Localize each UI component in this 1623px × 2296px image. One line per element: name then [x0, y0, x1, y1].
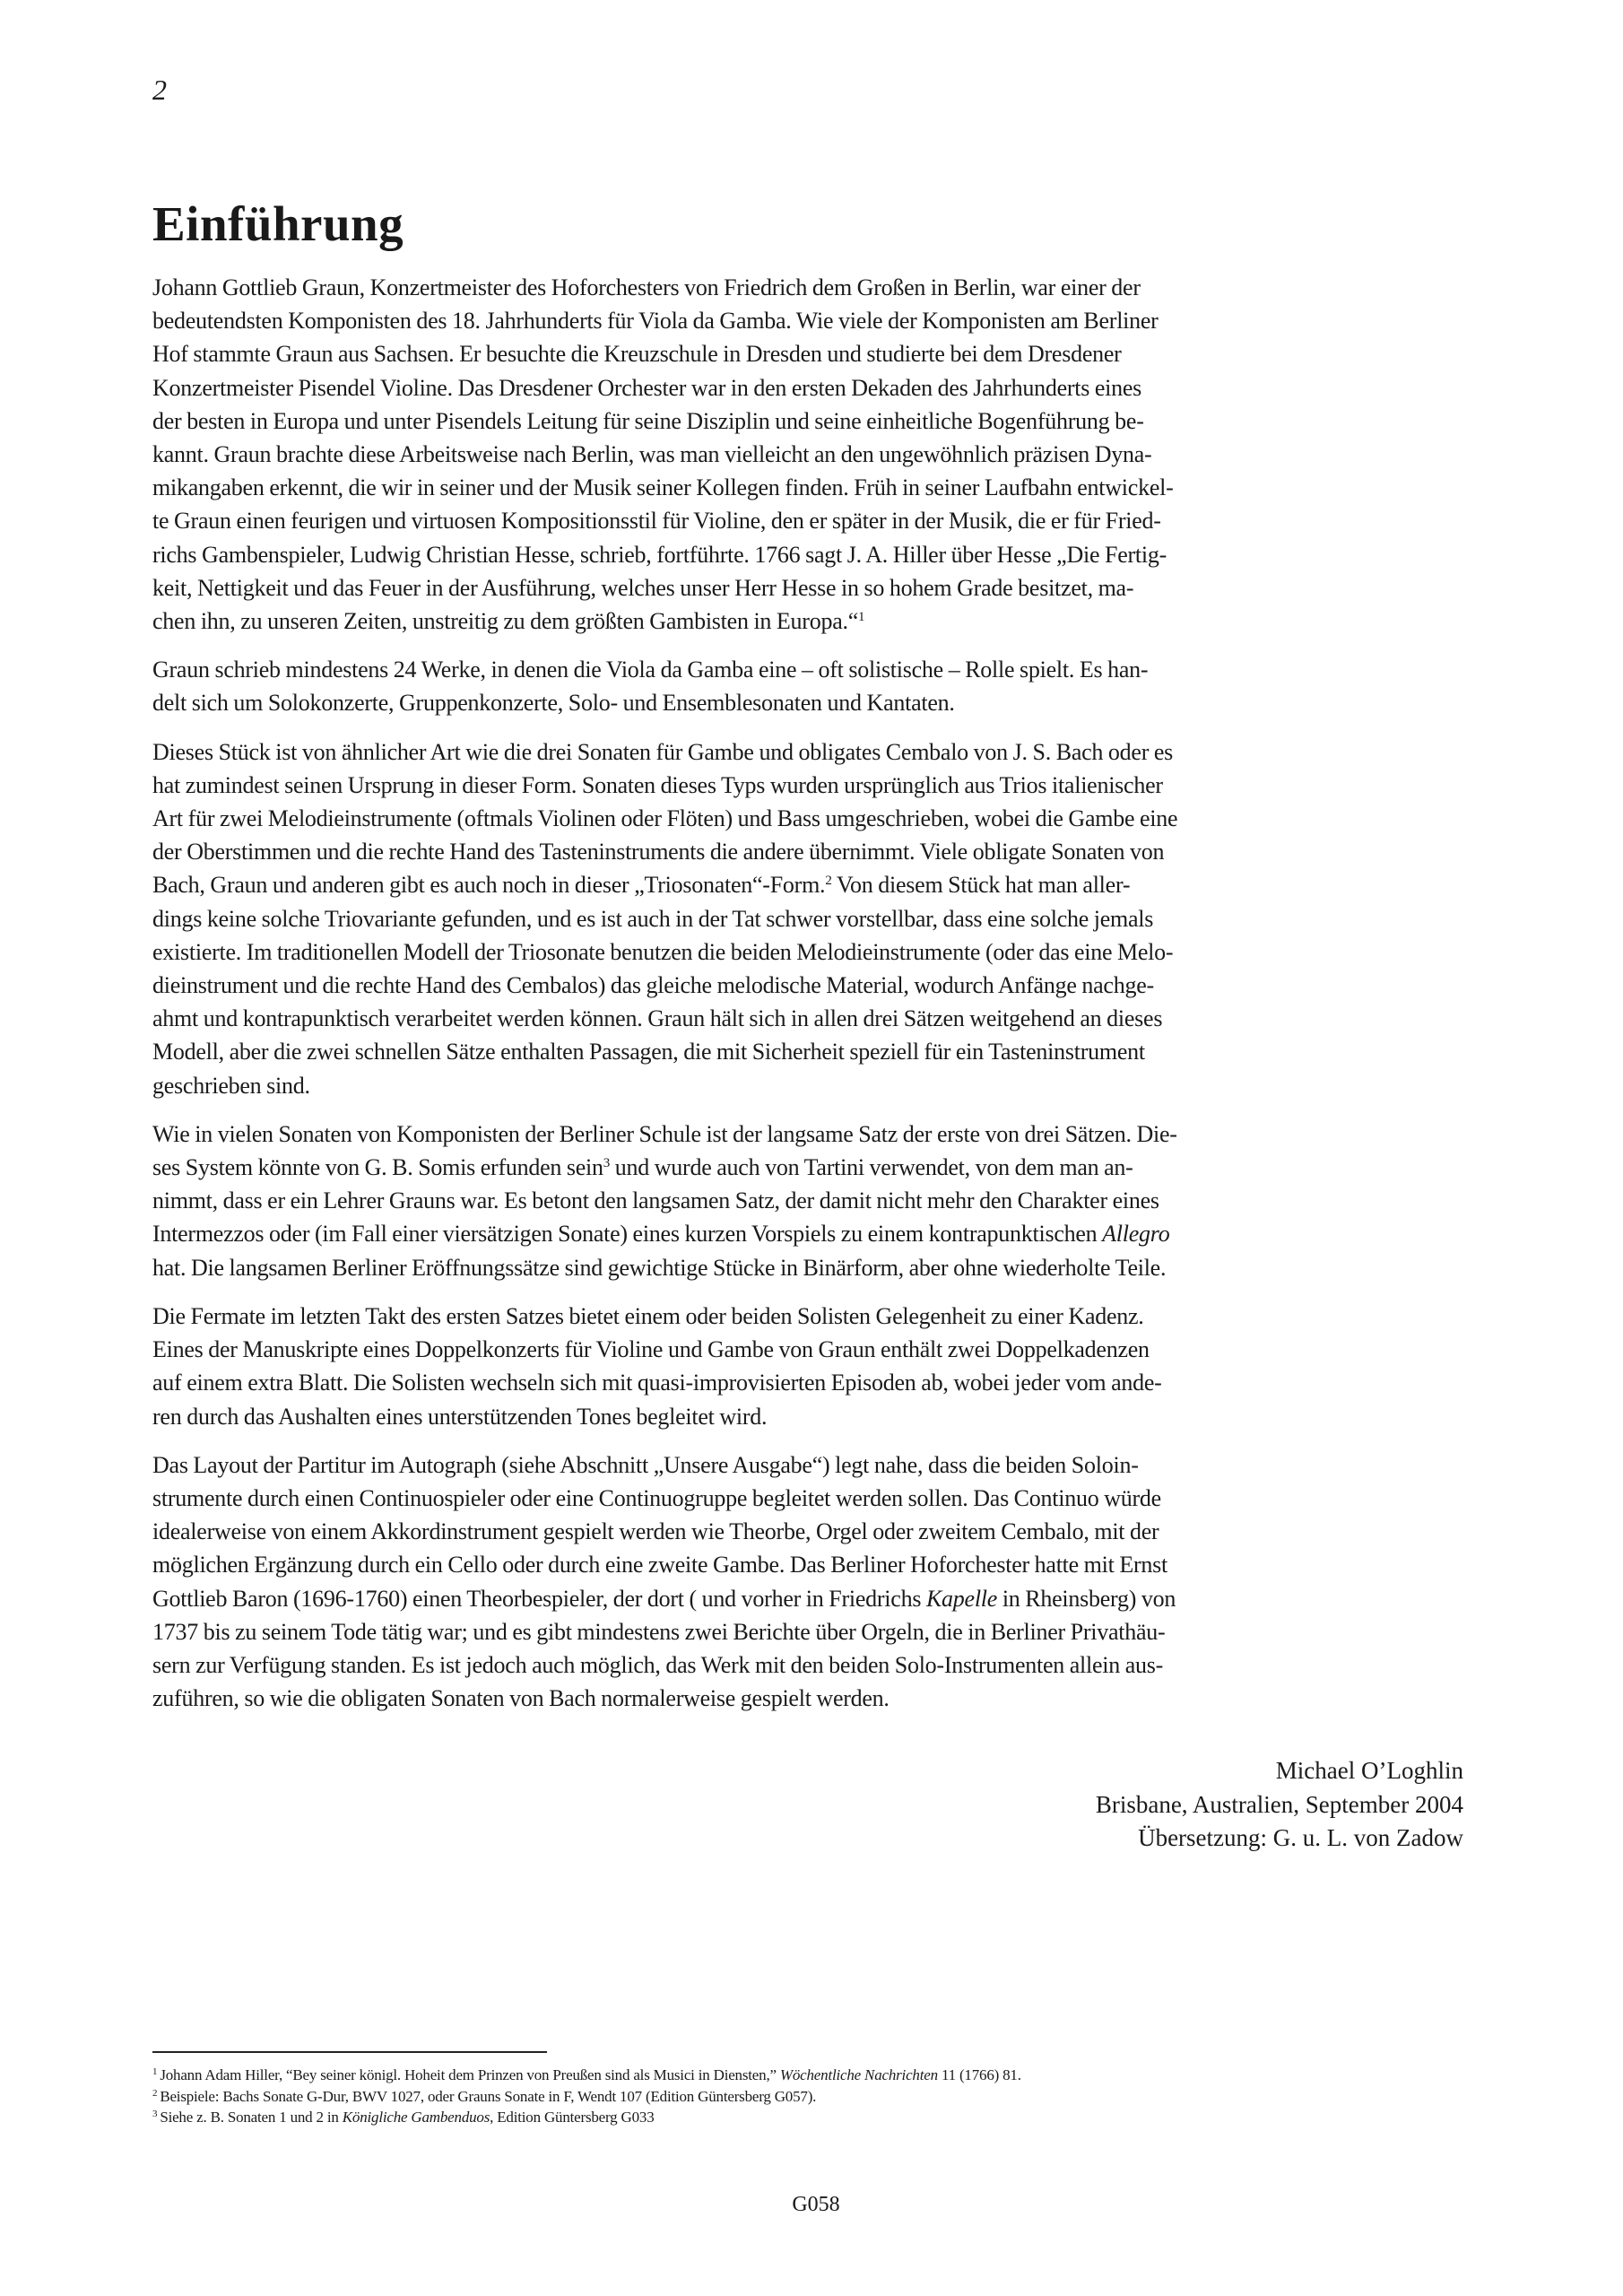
text-line: Hof stammte Graun aus Sachsen. Er besuch… [152, 337, 1497, 370]
footnote-text: , Edition Güntersberg G033 [490, 2109, 654, 2126]
text-line: Wie in vielen Sonaten von Komponisten de… [152, 1118, 1497, 1151]
translation-credit: Übersetzung: G. u. L. von Zadow [1096, 1822, 1463, 1856]
paragraph-4: Wie in vielen Sonaten von Komponisten de… [152, 1118, 1497, 1284]
text-line: Intermezzos oder (im Fall einer viersätz… [152, 1217, 1497, 1250]
text-line: ahmt und kontrapunktisch verarbeitet wer… [152, 1002, 1497, 1035]
text-line: dieinstrument und die rechte Hand des Ce… [152, 969, 1497, 1002]
text-line: Gottlieb Baron (1696-1760) einen Theorbe… [152, 1582, 1497, 1615]
text-line: dings keine solche Triovariante gefunden… [152, 902, 1497, 935]
text-line: mikangaben erkennt, die wir in seiner un… [152, 471, 1497, 504]
text-line: Die Fermate im letzten Takt des ersten S… [152, 1300, 1497, 1333]
text-segment: Bach, Graun und anderen gibt es auch noc… [152, 872, 825, 898]
footnote-ref-1[interactable]: 1 [858, 610, 864, 624]
text-line: Graun schrieb mindestens 24 Werke, in de… [152, 653, 1497, 686]
text-line: nimmt, dass er ein Lehrer Grauns war. Es… [152, 1184, 1497, 1217]
text-line: chen ihn, zu unseren Zeiten, unstreitig … [152, 604, 1497, 638]
text-segment: Von diesem Stück hat man aller- [832, 872, 1131, 898]
text-line: der besten in Europa und unter Pisendels… [152, 404, 1497, 438]
text-segment: in Rheinsberg) von [997, 1586, 1176, 1612]
footnote-text: 11 (1766) 81. [938, 2066, 1021, 2083]
text-segment: ses System könnte von G. B. Somis erfund… [152, 1154, 603, 1180]
text-line: Eines der Manuskripte eines Doppelkonzer… [152, 1333, 1497, 1366]
footnote-1: 1Johann Adam Hiller, “Bey seiner königl.… [152, 2065, 1021, 2086]
footnote-ref-2[interactable]: 2 [825, 874, 831, 888]
paragraph-6: Das Layout der Partitur im Autograph (si… [152, 1448, 1497, 1716]
text-line: ren durch das Aushalten eines unterstütz… [152, 1400, 1497, 1433]
paragraph-3: Dieses Stück ist von ähnlicher Art wie d… [152, 735, 1497, 1102]
footnote-text: Johann Adam Hiller, “Bey seiner königl. … [160, 2066, 780, 2083]
text-segment: Gottlieb Baron (1696-1760) einen Theorbe… [152, 1586, 926, 1612]
paragraph-1: Johann Gottlieb Graun, Konzertmeister de… [152, 271, 1497, 638]
footnote-ref-3[interactable]: 3 [603, 1156, 610, 1170]
text-line: Bach, Graun und anderen gibt es auch noc… [152, 868, 1497, 901]
text-line: kannt. Graun brachte diese Arbeitsweise … [152, 438, 1497, 471]
page-number: 2 [152, 75, 167, 104]
text-line: Konzertmeister Pisendel Violine. Das Dre… [152, 371, 1497, 404]
italic-term: Kapelle [926, 1586, 997, 1612]
text-line: zuführen, so wie die obligaten Sonaten v… [152, 1682, 1497, 1715]
footnote-3: 3Siehe z. B. Sonaten 1 und 2 in Königlic… [152, 2107, 1021, 2128]
text-line: der Oberstimmen und die rechte Hand des … [152, 835, 1497, 868]
text-line: geschrieben sind. [152, 1069, 1497, 1102]
text-segment: chen ihn, zu unseren Zeiten, unstreitig … [152, 608, 858, 634]
text-line: existierte. Im traditionellen Modell der… [152, 935, 1497, 969]
text-line: Art für zwei Melodieinstrumente (oftmals… [152, 802, 1497, 835]
edition-code: G058 [792, 2193, 839, 2216]
text-line: ses System könnte von G. B. Somis erfund… [152, 1151, 1497, 1184]
text-line: bedeutendsten Komponisten des 18. Jahrhu… [152, 304, 1497, 337]
text-line: Modell, aber die zwei schnellen Sätze en… [152, 1035, 1497, 1068]
footnote-text: Beispiele: Bachs Sonate G-Dur, BWV 1027,… [160, 2088, 816, 2105]
text-line: delt sich um Solokonzerte, Gruppenkonzer… [152, 686, 1497, 719]
text-segment: Intermezzos oder (im Fall einer viersätz… [152, 1221, 1102, 1247]
footnote-italic: Königliche Gambenduos [343, 2109, 490, 2126]
text-line: hat. Die langsamen Berliner Eröffnungssä… [152, 1251, 1497, 1284]
text-line: auf einem extra Blatt. Die Solisten wech… [152, 1366, 1497, 1399]
paragraph-2: Graun schrieb mindestens 24 Werke, in de… [152, 653, 1497, 719]
text-line: keit, Nettigkeit und das Feuer in der Au… [152, 571, 1497, 604]
text-line: strumente durch einen Continuospieler od… [152, 1482, 1497, 1515]
text-line: hat zumindest seinen Ursprung in dieser … [152, 769, 1497, 802]
author-name: Michael O’Loghlin [1096, 1754, 1463, 1788]
text-line: Johann Gottlieb Graun, Konzertmeister de… [152, 271, 1497, 304]
signature-block: Michael O’Loghlin Brisbane, Australien, … [1096, 1754, 1463, 1856]
text-line: möglichen Ergänzung durch ein Cello oder… [152, 1548, 1497, 1581]
text-line: idealerweise von einem Akkordinstrument … [152, 1515, 1497, 1548]
page-footer: G058 [0, 2194, 1623, 2215]
footnote-2: 2Beispiele: Bachs Sonate G-Dur, BWV 1027… [152, 2086, 1021, 2108]
text-line: 1737 bis zu seinem Tode tätig war; und e… [152, 1615, 1497, 1648]
text-line: sern zur Verfügung standen. Es ist jedoc… [152, 1648, 1497, 1682]
footnote-number: 2 [152, 2088, 157, 2099]
place-date: Brisbane, Australien, September 2004 [1096, 1788, 1463, 1822]
text-line: richs Gambenspieler, Ludwig Christian He… [152, 538, 1497, 571]
footnote-text: Siehe z. B. Sonaten 1 und 2 in [160, 2109, 342, 2126]
paragraph-5: Die Fermate im letzten Takt des ersten S… [152, 1300, 1497, 1433]
footnote-divider [152, 2051, 547, 2053]
footnote-italic: Wöchentliche Nachrichten [780, 2066, 938, 2083]
footnotes: 1Johann Adam Hiller, “Bey seiner königl.… [152, 2065, 1021, 2128]
body-text: Johann Gottlieb Graun, Konzertmeister de… [152, 271, 1497, 1730]
italic-term: Allegro [1102, 1221, 1169, 1247]
text-segment: und wurde auch von Tartini verwendet, vo… [610, 1154, 1133, 1180]
page-title: Einführung [152, 199, 404, 248]
footnote-number: 3 [152, 2109, 157, 2119]
text-line: Dieses Stück ist von ähnlicher Art wie d… [152, 735, 1497, 769]
text-line: Das Layout der Partitur im Autograph (si… [152, 1448, 1497, 1482]
footnote-number: 1 [152, 2066, 157, 2077]
text-line: te Graun einen feurigen und virtuosen Ko… [152, 504, 1497, 537]
